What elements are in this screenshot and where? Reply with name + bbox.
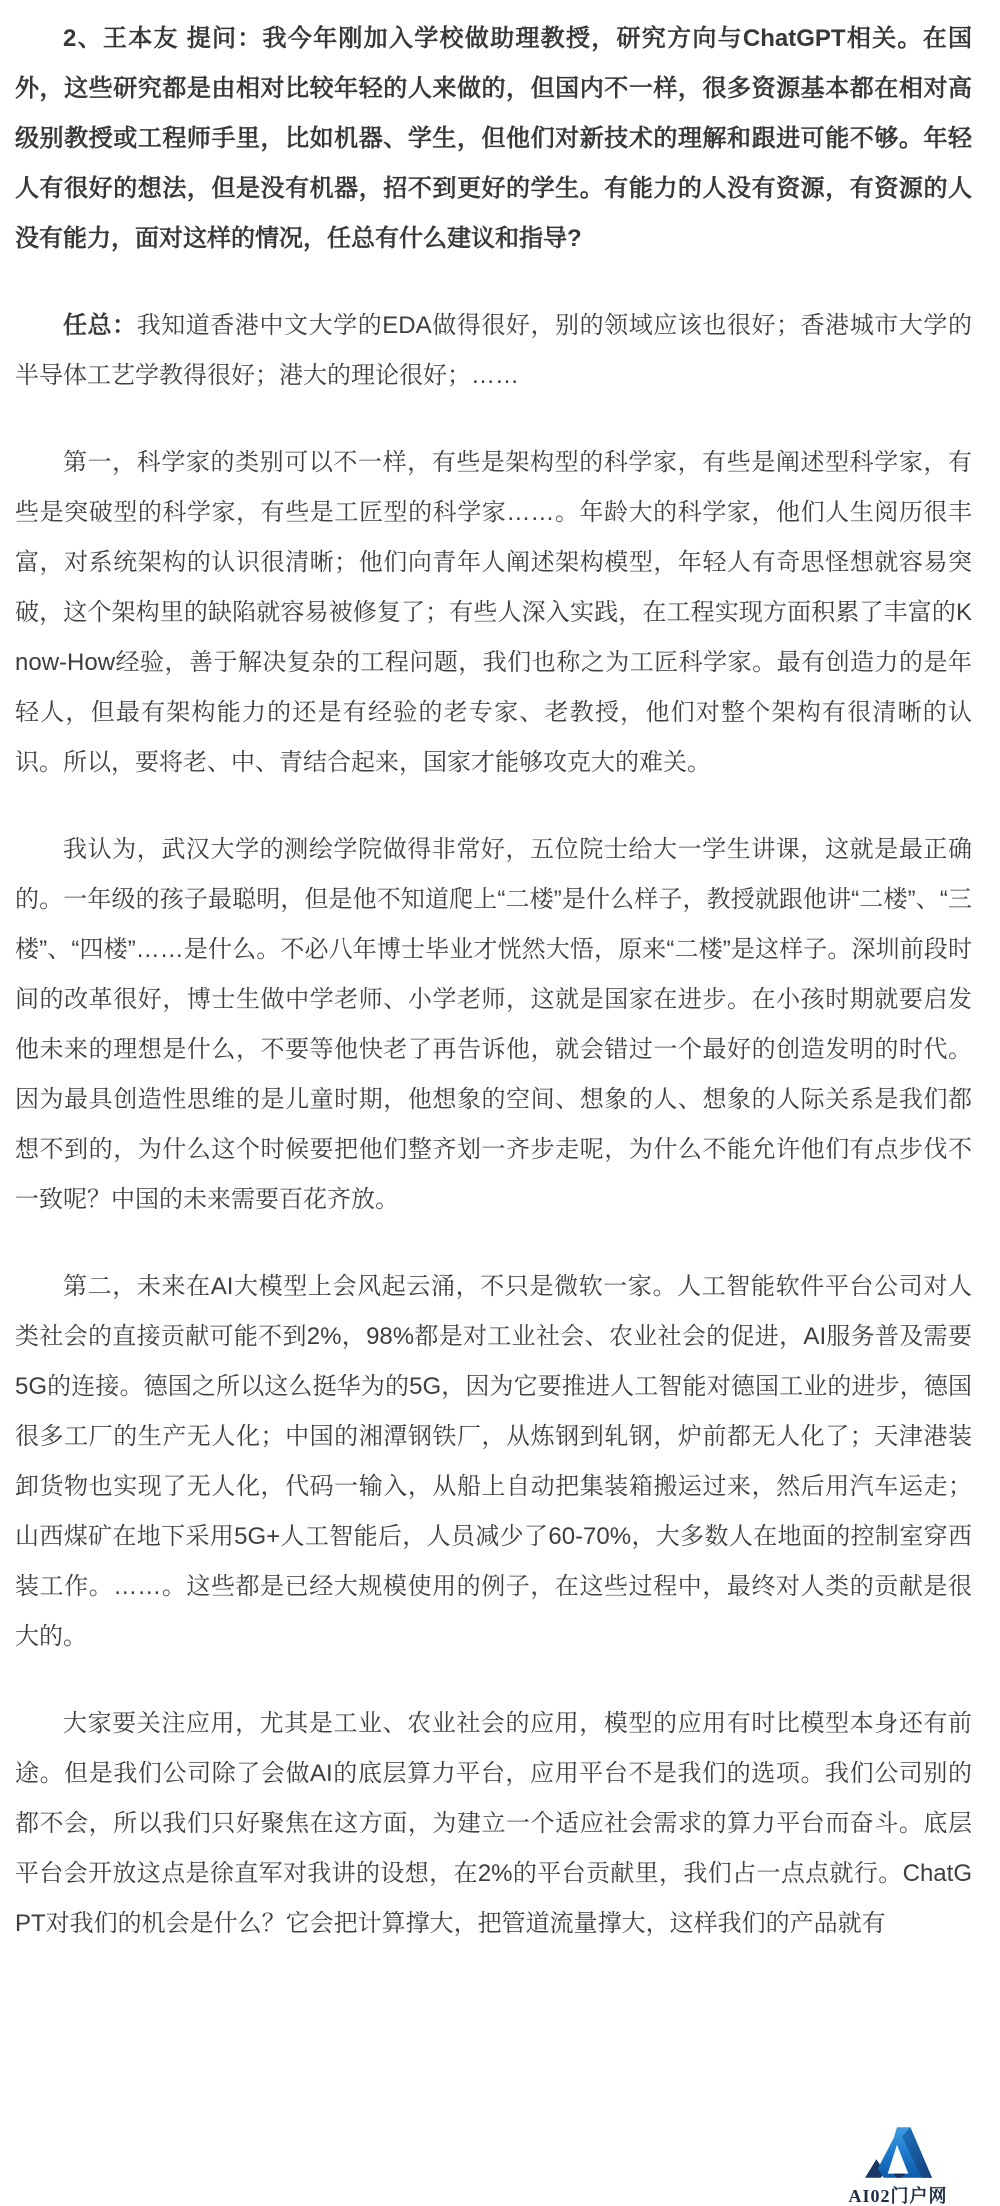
paragraph: 2、王本友 提问：我今年刚加入学校做助理教授，研究方向与ChatGPT相关。在国… <box>15 14 972 264</box>
speaker-label: 任总： <box>63 312 137 339</box>
paragraph: 大家要关注应用，尤其是工业、农业社会的应用，模型的应用有时比模型本身还有前途。但… <box>15 1699 972 1949</box>
paragraph: 任总：我知道香港中文大学的EDA做得很好，别的领域应该也很好；香港城市大学的半导… <box>15 301 972 401</box>
page: { "page": { "background_color": "#ffffff… <box>0 0 1000 2206</box>
watermark: AI02门户网 <box>840 2126 956 2206</box>
paragraph: 我认为，武汉大学的测绘学院做得非常好，五位院士给大一学生讲课，这就是最正确的。一… <box>15 825 972 1225</box>
paragraph: 第二，未来在AI大模型上会风起云涌，不只是微软一家。人工智能软件平台公司对人类社… <box>15 1262 972 1662</box>
ai02-logo-icon <box>840 2126 956 2180</box>
watermark-text: AI02门户网 <box>840 2182 956 2206</box>
article-body: 2、王本友 提问：我今年刚加入学校做助理教授，研究方向与ChatGPT相关。在国… <box>0 0 1000 1949</box>
paragraph: 第一，科学家的类别可以不一样，有些是架构型的科学家，有些是阐述型科学家，有些是突… <box>15 438 972 788</box>
